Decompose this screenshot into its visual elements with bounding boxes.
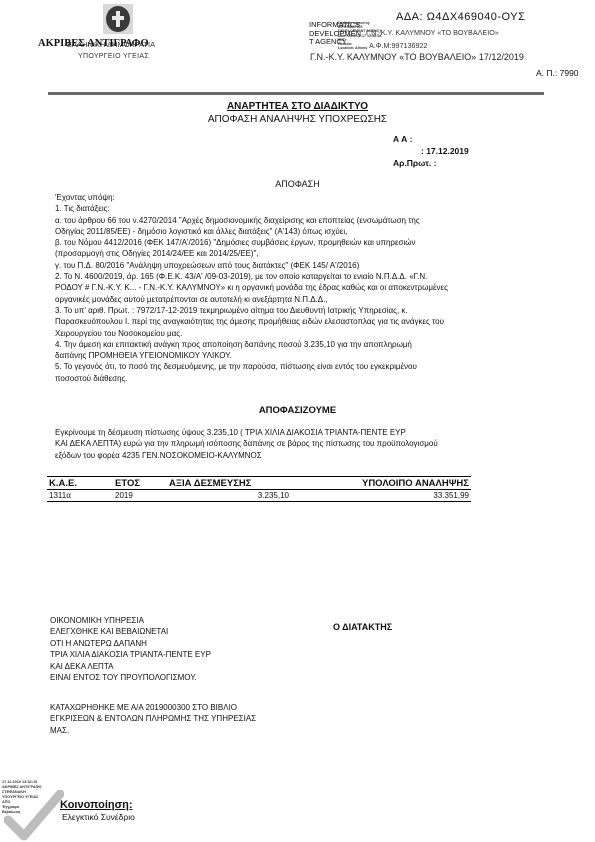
organization-date-line: Γ.Ν.-Κ.Υ. ΚΑΛΥΜΝΟΥ «ΤΟ ΒΟΥΒΑΛΕΙΟ» 17/12/… <box>310 52 524 62</box>
protocol-number: Α. Π.: 7990 <box>536 68 579 78</box>
decision-subject: ΑΠΟΦΑΣΗ ΑΝΑΛΗΨΗΣ ΥΠΟΧΡΕΩΣΗΣ <box>0 114 595 125</box>
notification-recipient: Ελεγκτικό Συνέδριο <box>62 812 135 822</box>
authorizing-officer: Ο ΔΙΑΤΑΚΤΗΣ <box>333 622 392 632</box>
notification-title: Κοινοποίηση: <box>60 799 133 811</box>
registration-block: ΚΑΤΑΧΩΡΗΘΗΚΕ ΜΕ Α/Α 2019000300 ΣΤΟ ΒΙΒΛΙ… <box>50 702 256 736</box>
posting-title: ΑΝΑΡΤΗΤΕΑ ΣΤΟ ΔΙΑΔΙΚΤΥΟ <box>0 101 595 112</box>
column-kae: Κ.Α.Ε. <box>47 477 113 490</box>
protocol-label: Αρ.Πρωτ. : <box>393 158 436 168</box>
cell-balance: 33.351,99 <box>291 490 471 502</box>
table-row: 1311α 2019 3.235,10 33.351,99 <box>47 490 471 502</box>
tax-id: Α.Φ.Μ:997136922 <box>369 41 427 50</box>
approval-text: Εγκρίνουμε τη δέσμευση πίστωσης ύψους 3.… <box>55 427 438 461</box>
header-divider <box>48 92 544 95</box>
digital-copy-stamp: 17.12.2019 13:32:15 ΑΚΡΙΒΕΣ ΑΝΤΙΓΡΑΦΟ ΣΤ… <box>2 780 62 815</box>
ada-label: Α Α : <box>393 134 413 144</box>
ada-code: ΑΔΑ: Ω4ΔΧ469040-ΟΥΣ <box>396 11 525 23</box>
greek-coat-of-arms-icon <box>103 4 133 34</box>
decision-heading: ΑΠΟΦΑΣΗ <box>0 179 595 189</box>
column-year: ΕΤΟΣ <box>113 477 167 490</box>
ministry-label: ΥΠΟΥΡΓΕΙΟ ΥΓΕΙΑΣ <box>78 53 149 60</box>
column-commitment-amount: ΑΞΙΑ ΔΕΣΜΕΥΣΗΣ <box>167 477 291 490</box>
commitment-table: Κ.Α.Ε. ΕΤΟΣ ΑΞΙΑ ΔΕΣΜΕΥΣΗΣ ΥΠΟΛΟΙΠΟ ΑΝΑΛ… <box>47 476 471 502</box>
decision-date: : 17.12.2019 <box>421 146 469 156</box>
column-remaining-balance: ΥΠΟΛΟΙΠΟ ΑΝΑΛΗΨΗΣ <box>291 477 471 490</box>
certified-copy-stamp: ΑΚΡΙΒΕΣ ΑΝΤΙΓΡΑΦΟ <box>38 38 149 49</box>
cell-amount: 3.235,10 <box>167 490 291 502</box>
financial-service-block: ΟΙΚΟΝΟΜΙΚΗ ΥΠΗΡΕΣΙΑ ΕΛΕΓΧΘΗΚΕ ΚΑΙ ΒΕΒΑΙΩ… <box>50 615 211 683</box>
considerations: 'Εχοντας υπόψη: 1. Τις διατάξεις: α. του… <box>55 192 555 384</box>
cell-year: 2019 <box>113 490 167 502</box>
cell-kae: 1311α <box>47 490 113 502</box>
table-header-row: Κ.Α.Ε. ΕΤΟΣ ΑΞΙΑ ΔΕΣΜΕΥΣΗΣ ΥΠΟΛΟΙΠΟ ΑΝΑΛ… <box>47 477 471 490</box>
we-decide-heading: ΑΠΟΦΑΣΙΖΟΥΜΕ <box>0 405 595 416</box>
organization-name: Γ.Ν.-Κ.Υ. ΚΑΛΥΜΝΟΥ «ΤΟ ΒΟΥΒΑΛΕΙΟ» <box>366 28 499 37</box>
